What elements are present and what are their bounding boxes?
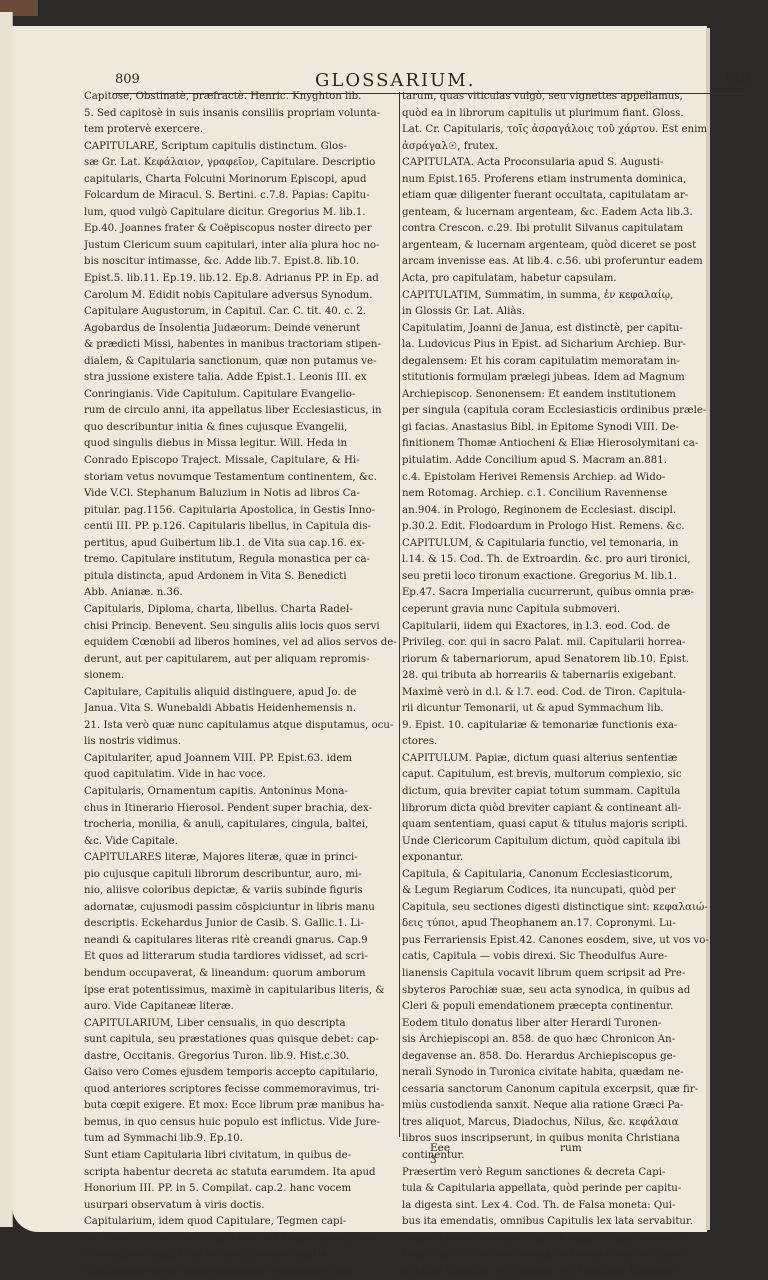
text-line: Vide V.Cl. Stephanum Baluzium in Notis a… <box>84 486 397 503</box>
text-line: in Glossis Gr. Lat. Aliàs. <box>402 304 742 321</box>
text-line: quòd ea in librorum capitulis ut plurimu… <box>402 106 742 123</box>
text-line: lum, quod vulgò Capitulare dicitur. Greg… <box>84 205 397 222</box>
text-line: caput. Capitulum, est brevis, multorum c… <box>402 767 742 784</box>
text-line: pitulatim. Adde Concilium apud S. Macram… <box>402 453 742 470</box>
text-line: Carolum M. Edidit nobis Capitulare adver… <box>84 288 397 305</box>
text-line: ceperunt gravia nunc Capitula submoveri. <box>402 602 742 619</box>
text-line: tula & Capitularia appellata, quòd perin… <box>402 1181 742 1198</box>
signature-mark: Eee 3 <box>430 1142 450 1166</box>
text-line: Capitularia vidētur etiam appellata orna… <box>84 1264 397 1280</box>
text-line: Lat. Cr. Capitularis, τοῖς ἀσραγάλοις το… <box>402 122 742 139</box>
text-line: Et quos ad litterarum studia tardiores v… <box>84 949 397 966</box>
text-line: derunt, aut per capitularem, aut per ali… <box>84 652 397 669</box>
text-line: Capitula, & Capitularia, Canonum Ecclesi… <box>402 867 742 884</box>
text-line: 9. Epist. 10. capitulariæ & temonariæ fu… <box>402 718 742 735</box>
text-line: Capitularis, Diploma, charta, libellus. … <box>84 602 397 619</box>
text-line: trocheria, monilia, & anuli, capitulares… <box>84 817 397 834</box>
text-line: Capitose, Obstinatè, præfractè. Henric. … <box>84 89 397 106</box>
text-line: bus ita emendatis, omnibus Capitulis lex… <box>402 1214 742 1231</box>
text-line: Justum Clericum suum capitulari, inter a… <box>84 238 397 255</box>
text-line: CAPITULATA. Acta Proconsularia apud S. A… <box>402 155 742 172</box>
text-line: & Legum Regiarum Codices, ita nuncupati,… <box>402 883 742 900</box>
text-line: Capitulare, Capitulis aliquid distinguer… <box>84 685 397 702</box>
text-line: Fodelaȝ, vel capa, i. ad verbum, pannus … <box>84 1247 397 1264</box>
text-line: &c. Vide Capitale. <box>84 834 397 851</box>
text-line: adornatæ, cujusmodi passim cōspiciuntur … <box>84 900 397 917</box>
text-line: gi facias. Anastasius Bibl. in Epitome S… <box>402 420 742 437</box>
text-line: Gaiso vero Comes ejusdem temporis accept… <box>84 1065 397 1082</box>
text-line: an.904. in Prologo, Reginonem de Ecclesi… <box>402 503 742 520</box>
text-line: quod anteriores scriptores fecisse comme… <box>84 1082 397 1099</box>
text-line: Capitula, seu sectiones digesti distinct… <box>402 900 742 917</box>
text-line: Archiepiscop. Senonensem: Et eandem inst… <box>402 387 742 404</box>
text-line: Conrado Episcopo Traject. Missale, Capit… <box>84 453 397 470</box>
text-line: capitularis, Charta Folcuini Morinorum E… <box>84 172 397 189</box>
text-line: dialem, & Capitularia sanctionum, quæ no… <box>84 354 397 371</box>
text-line: CAPITULARES literæ, Majores literæ, quæ … <box>84 850 397 867</box>
page-title: GLOSSARIUM. <box>315 70 475 91</box>
text-line: Capitularis, Ornamentum capitis. Antonin… <box>84 784 397 801</box>
text-line: Acta, pro capitulatam, habetur capsulam. <box>402 271 742 288</box>
text-line: neandi & capitulares literas ritè creand… <box>84 933 397 950</box>
text-line: Capitulatim, Joanni de Janua, est distin… <box>402 321 742 338</box>
text-line: Capitularii, iidem qui Exactores, in l.3… <box>402 619 742 636</box>
text-line: Epist.5. lib.11. Ep.19. lib.12. Ep.8. Ad… <box>84 271 397 288</box>
text-line: CAPITULARE, Scriptum capitulis distinctu… <box>84 139 397 156</box>
text-line: pio cujusque capituli librorum describun… <box>84 867 397 884</box>
text-line: sionem. <box>84 668 397 685</box>
text-line: Præsertim verò Regum sanctiones & decret… <box>402 1165 742 1182</box>
text-line: chus in Itinerario Hierosol. Pendent sup… <box>84 801 397 818</box>
text-line: buta cœpit exigere. Et mox: Ecce librum … <box>84 1098 397 1115</box>
text-line: pus Ferrariensis Epist.42. Canones eosde… <box>402 933 742 950</box>
text-line: Unde Clericorum Capitulum dictum, quòd c… <box>402 834 742 851</box>
text-line: finitionem Thomæ Antiocheni & Eliæ Hiero… <box>402 436 742 453</box>
text-line: la digesta sint. Lex 4. Cod. Th. de Fals… <box>402 1198 742 1215</box>
text-line: pitula distincta, apud Ardonem in Vita S… <box>84 569 397 586</box>
text-line: Capitularium, idem quod Capitulare, Tegm… <box>84 1214 397 1231</box>
text-line: la. Ludovicus Pius in Epist. ad Sichariu… <box>402 337 742 354</box>
text-line: bemus, in quo census huic populo est inf… <box>84 1115 397 1132</box>
text-line: nem Rotomag. Archiep. c.1. Concilium Rav… <box>402 486 742 503</box>
catchword: rum <box>560 1142 582 1154</box>
text-line: usurpari observatum à viris doctis. <box>84 1198 397 1215</box>
right-column: tarum, quas viticulas vulgò, seu vignett… <box>402 89 742 1280</box>
text-line: bis noscitur intimasse, &c. Adde lib.7. … <box>84 254 397 271</box>
text-line: stitutionis formulam prælegi jubeas. Ide… <box>402 370 742 387</box>
text-line: storiam vetus novumque Testamentum conti… <box>84 470 397 487</box>
page-footer: Eee 3 rum <box>0 1142 355 1156</box>
text-line: Privileg. cor. qui in sacro Palat. mil. … <box>402 635 742 652</box>
text-line: quo describuntur initia & fines cujusque… <box>84 420 397 437</box>
left-page-number: 809 <box>115 72 140 87</box>
text-line: riorum & tabernariorum, apud Senatorem l… <box>402 652 742 669</box>
text-line: & prædicti Missi, habentes in manibus tr… <box>84 337 397 354</box>
text-line: δεις τύποι, apud Theophanem an.17. Copro… <box>402 916 742 933</box>
text-line: quod singulis diebus in Missa legitur. W… <box>84 436 397 453</box>
text-line: scripta habentur decreta ac statuta earu… <box>84 1165 397 1182</box>
text-line: tem protervè exercere. <box>84 122 397 139</box>
text-line: quod capitulatim. Vide in hac voce. <box>84 767 397 784</box>
text-line: sæ Gr. Lat. Κεφάλαιον, γραφεῖον, Capitul… <box>84 155 397 172</box>
text-line: descriptis. Eckehardus Junior de Casib. … <box>84 916 397 933</box>
text-line: Capitulariter, apud Joannem VIII. PP. Ep… <box>84 751 397 768</box>
text-line: CAPITULUM, & Capitularia functio, vel te… <box>402 536 742 553</box>
text-line: Janua. Vita S. Wunebaldi Abbatis Heidenh… <box>84 701 397 718</box>
text-line: p.30.2. Edit. Flodoardum in Prologo Hist… <box>402 519 742 536</box>
text-line: 28. qui tributa ab horreariis & tabernar… <box>402 668 742 685</box>
text-line: lis nostris vidimus. <box>84 734 397 751</box>
text-line: librorum dicta quòd breviter capiant & c… <box>402 801 742 818</box>
column-divider <box>399 92 400 1137</box>
text-line: ipse erat potentissimus, maximè in capit… <box>84 983 397 1000</box>
text-line: rum de circulo anni, ita appellatus libe… <box>84 403 397 420</box>
text-line: pertitus, apud Guibertum lib.1. de Vita … <box>84 536 397 553</box>
text-line: rii dicuntur Temonarii, ut & apud Symmac… <box>402 701 742 718</box>
text-line: sunt capitula, seu præstationes quas qui… <box>84 1032 397 1049</box>
text-line: CAPITULATIM, Summatim, in summa, ἐν κεφα… <box>402 288 742 305</box>
text-line: stra jussione existere talia. Adde Epist… <box>84 370 397 387</box>
text-line: Eodem titulo donatus liber alter Herardi… <box>402 1016 742 1033</box>
text-line: tis. Gloss. Ælfrici. Sax. Capitulum, vel… <box>84 1231 397 1248</box>
text-line: Capitularium nomine donata, sed ea potis… <box>402 1247 742 1264</box>
text-line: tres aliquot, Marcus, Diadochus, Nilus, … <box>402 1115 742 1132</box>
text-line: Agobardus de Insolentia Judæorum: Deinde… <box>84 321 397 338</box>
text-line: miùs custodienda sanxit. Neque alia rati… <box>402 1098 742 1115</box>
text-line: seu pretii loco tironum exactione. Grego… <box>402 569 742 586</box>
text-line: c.4. Epistolam Herivei Remensis Archiep.… <box>402 470 742 487</box>
text-line: num Epist.165. Proferens etiam instrumen… <box>402 172 742 189</box>
text-line: degavense an. 858. Do. Herardus Archiepi… <box>402 1049 742 1066</box>
text-line: cessaria sanctorum Canonum capitula exce… <box>402 1082 742 1099</box>
text-line: Capitulare Augustorum, in Capitul. Car. … <box>84 304 397 321</box>
text-line: contra Crescon. c.29. Ibi protulit Silva… <box>402 221 742 238</box>
text-line: auro. Vide Capitaneæ literæ. <box>84 999 397 1016</box>
text-line: CAPITULUM. Papiæ, dictum quasi alterius … <box>402 751 742 768</box>
text-line: Folcardum de Miracul. S. Bertini. c.7.8.… <box>84 188 397 205</box>
text-line: dastre, Occitanis. Gregorius Turon. lib.… <box>84 1049 397 1066</box>
text-line: nerali Synodo in Turonica civitate habit… <box>402 1065 742 1082</box>
text-line: arcam invenisse eas. At lib.4. c.56. ubi… <box>402 254 742 271</box>
text-line: nio, aliisve coloribus depictæ, & variis… <box>84 883 397 900</box>
text-line: dictum, quia breviter capiat totum summa… <box>402 784 742 801</box>
text-line: Honorium III. PP. in 5. Compilat. cap.2.… <box>84 1181 397 1198</box>
text-line: Conringianis. Vide Capitulum. Capitulare… <box>84 387 397 404</box>
text-line: 21. Ista verò quæ nunc capitulamus atque… <box>84 718 397 735</box>
text-line: l.14. & 15. Cod. Th. de Extroardin. &c. … <box>402 552 742 569</box>
text-line: per singula (capitula coram Ecclesiastic… <box>402 403 742 420</box>
text-line: CAPITULARIUM, Liber censualis, in quo de… <box>84 1016 397 1033</box>
text-line: catis, Capitula — vobis direxi. Sic Theo… <box>402 949 742 966</box>
text-line: ctores. <box>402 734 742 751</box>
text-line: ἀσράγαλ☉, frutex. <box>402 139 742 156</box>
text-line: lianensis Capitula vocavit librum quem s… <box>402 966 742 983</box>
text-line: genteam, & lucernam argenteam, &c. Eadem… <box>402 205 742 222</box>
text-line: sbyteros Parochiæ suæ, seu acta synodica… <box>402 983 742 1000</box>
text-line: tarum, quas viticulas vulgò, seu vignett… <box>402 89 742 106</box>
text-line: pitular. pag.1156. Capitularia Apostolic… <box>84 503 397 520</box>
text-line: Ep.40. Joannes frater & Coëpiscopus nost… <box>84 221 397 238</box>
text-line: quam sententiam, quasi caput & titulus m… <box>402 817 742 834</box>
text-line: Ep.47. Sacra Imperialia cucurrerunt, qui… <box>402 585 742 602</box>
text-line: degalensem: Et his coram capitulatim mem… <box>402 354 742 371</box>
text-line: equidem Cœnobii ad liberos homines, vel … <box>84 635 397 652</box>
text-line: Cleri & populi emendationem præcepta con… <box>402 999 742 1016</box>
text-line: sis Archiepiscopi an. 858. de quo hæc Ch… <box>402 1032 742 1049</box>
text-line: bendum occupaverat, & lineandum: quorum … <box>84 966 397 983</box>
text-line: publicis Comitiis, vel Synodis, vel Conc… <box>402 1264 742 1280</box>
text-line: 5. Sed capitosè in suis insanis consilii… <box>84 106 397 123</box>
text-line: etiam quæ diligenter fuerant occultata, … <box>402 188 742 205</box>
text-line: argenteam, & lucernam argenteam, quòd di… <box>402 238 742 255</box>
text-line: chisi Princip. Benevent. Seu singulis al… <box>84 619 397 636</box>
text-line: centii III. PP. p.126. Capitularis libel… <box>84 519 397 536</box>
right-page-number: 810 <box>725 72 750 87</box>
text-line: tremo. Capitulare institutum, Regula mon… <box>84 552 397 569</box>
text-line: Abb. Anianæ. n.36. <box>84 585 397 602</box>
left-column: Capitose, Obstinatè, præfractè. Henric. … <box>84 89 397 1280</box>
text-line: Neque tamen universim statuta regalia Ca… <box>402 1231 742 1248</box>
text-line: exponantur. <box>402 850 742 867</box>
text-line: Maximè verò in d.l. & l.7. eod. Cod. de … <box>402 685 742 702</box>
